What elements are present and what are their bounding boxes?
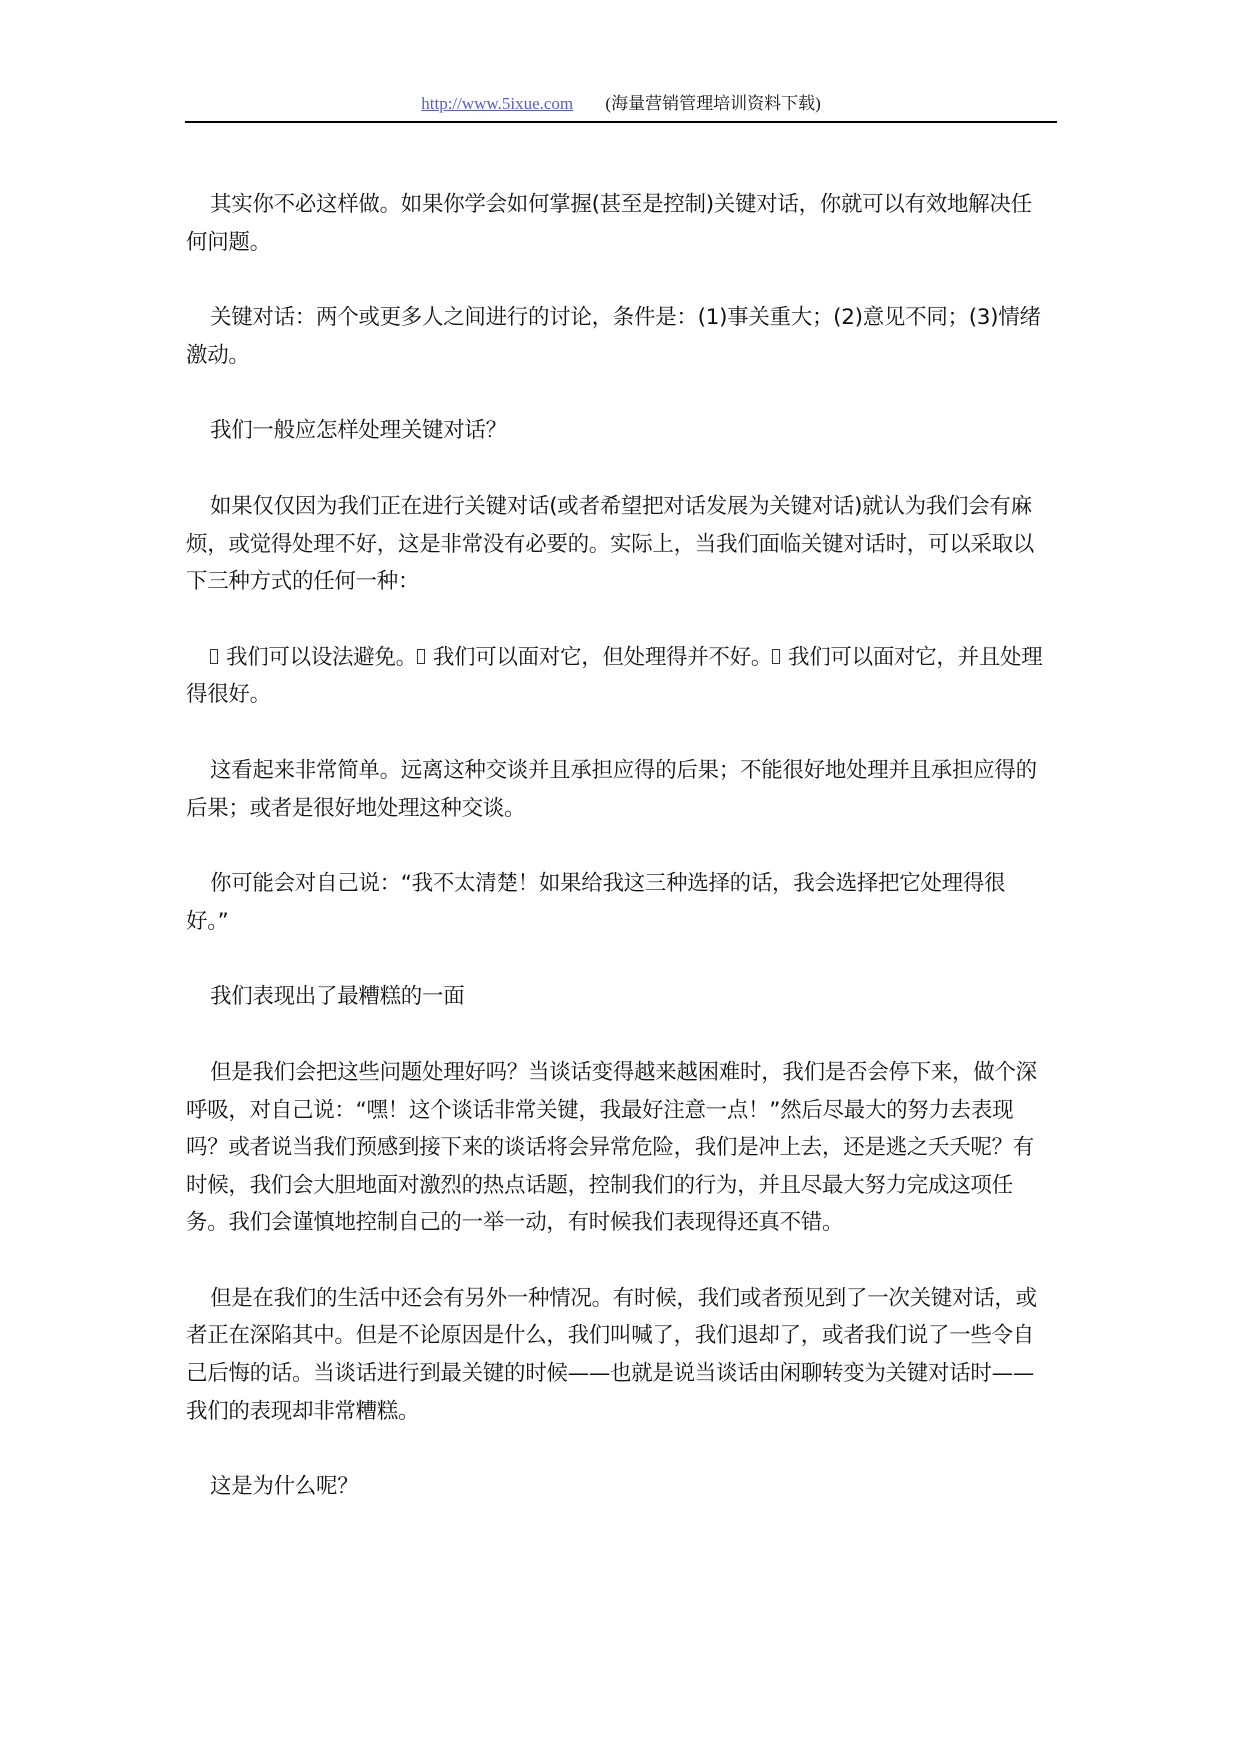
paragraph-another-case: 但是在我们的生活中还会有另外一种情况。有时候，我们或者预见到了一次关键对话，或者… [186,1280,1046,1430]
paragraph-why: 这是为什么呢？ [186,1468,1046,1506]
option-item: 我们可以面对它，但处理得并不好。 [433,645,772,670]
header-divider [185,121,1057,123]
section-heading-worst: 我们表现出了最糟糕的一面 [186,978,1046,1016]
section-question: 我们一般应怎样处理关键对话？ [186,412,1046,450]
paragraph-definition: 关键对话：两个或更多人之间进行的讨论，条件是：(1)事关重大；(2)意见不同；(… [186,299,1046,374]
site-link[interactable]: http://www.5ixue.com [421,94,573,113]
header-note: (海量营销管理培训资料下载) [605,94,820,113]
options-list: 我们可以设法避免。我们可以面对它，但处理得并不好。我们可以面对它，并且处理得很好… [186,639,1046,714]
paragraph-quote: 你可能会对自己说：“我不太清楚！如果给我这三种选择的话，我会选择把它处理得很好。… [186,865,1046,940]
missing-glyph-icon [417,649,425,664]
option-item: 我们可以设法避免。 [226,645,417,670]
missing-glyph-icon [772,649,780,664]
document-body: 其实你不必这样做。如果你学会如何掌握(甚至是控制)关键对话，你就可以有效地解决任… [186,186,1046,1544]
page-header: http://www.5ixue.com (海量营销管理培训资料下载) [185,88,1057,120]
paragraph-intro: 其实你不必这样做。如果你学会如何掌握(甚至是控制)关键对话，你就可以有效地解决任… [186,186,1046,261]
paragraph-handle-well: 但是我们会把这些问题处理好吗？当谈话变得越来越困难时，我们是否会停下来，做个深呼… [186,1054,1046,1242]
paragraph-simple: 这看起来非常简单。远离这种交谈并且承担应得的后果；不能很好地处理并且承担应得的后… [186,752,1046,827]
missing-glyph-icon [210,649,218,664]
paragraph-three-ways: 如果仅仅因为我们正在进行关键对话(或者希望把对话发展为关键对话)就认为我们会有麻… [186,488,1046,601]
